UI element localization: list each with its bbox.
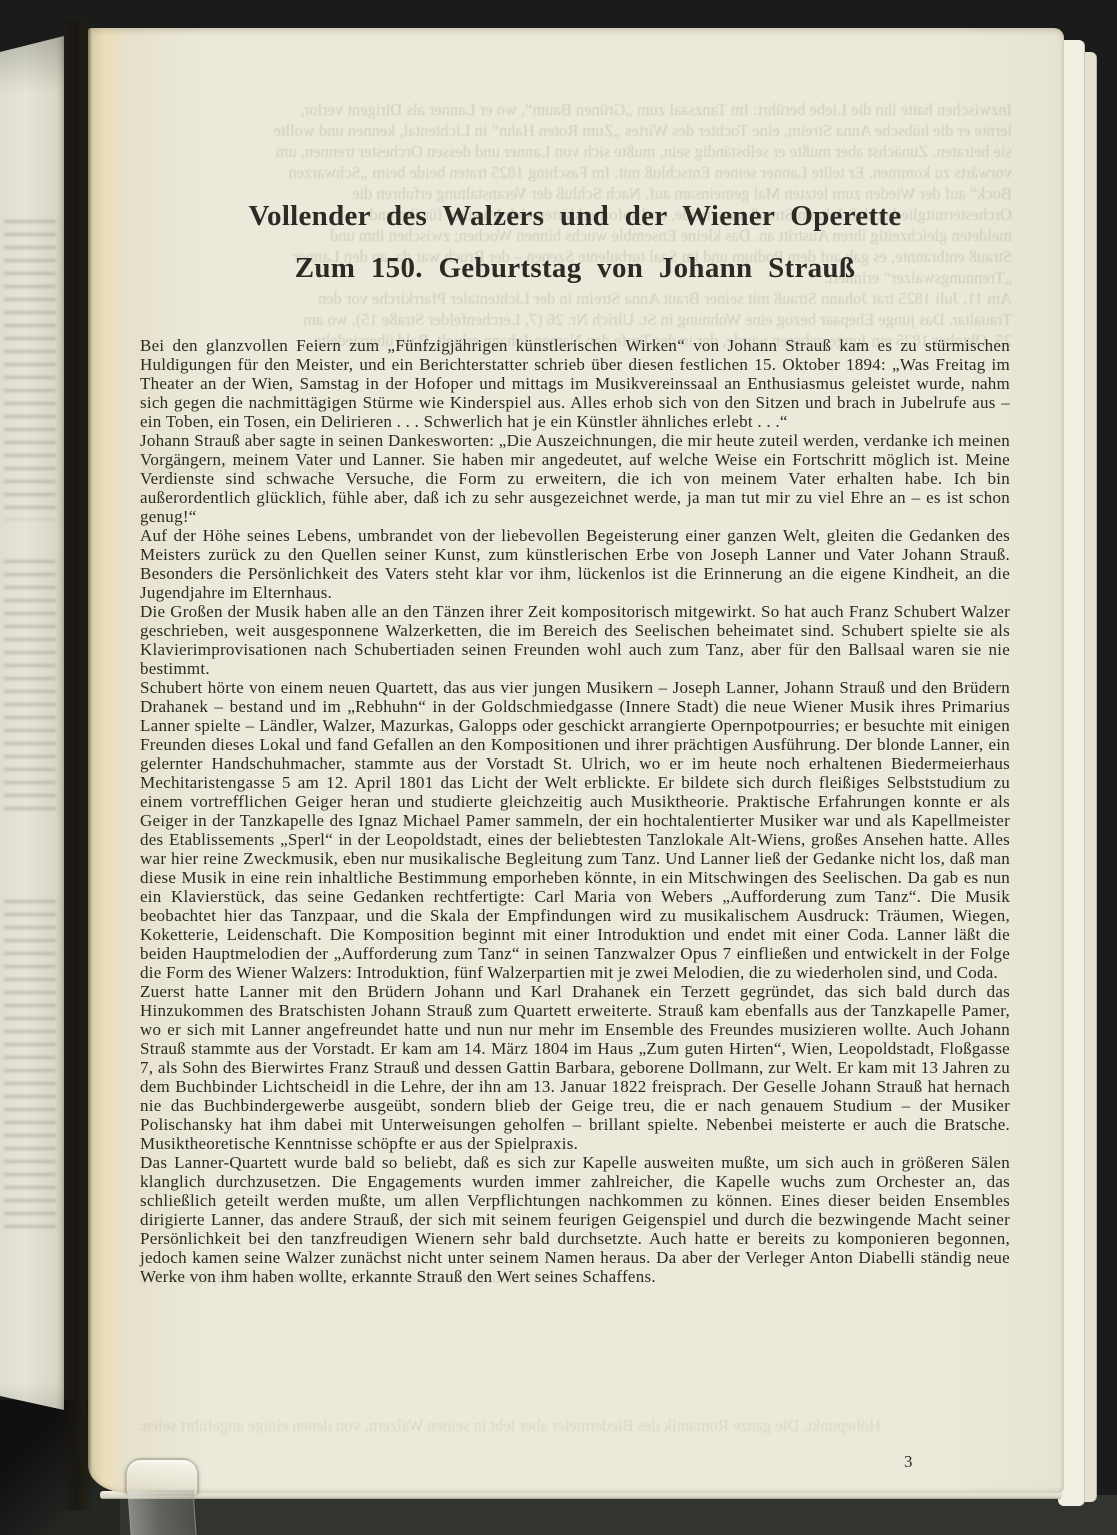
- book-page: Inzwischen hatte ihn die Liebe berührt: …: [88, 28, 1064, 1493]
- facing-page-text-ghost: [4, 900, 56, 1230]
- facing-page-text-ghost: [4, 220, 56, 520]
- page-holder-clip: [123, 1458, 199, 1535]
- facing-page-edge: [0, 0, 64, 1535]
- paragraph: Zuerst hatte Lanner mit den Brüdern Joha…: [140, 982, 1010, 1153]
- page-holder-stem: [127, 1490, 196, 1535]
- paragraph: Bei den glanzvollen Feiern zum „Fünfzigj…: [140, 336, 1010, 431]
- page-number: 3: [904, 1452, 913, 1472]
- article-title: Vollender des Walzers und der Wiener Ope…: [138, 200, 1012, 233]
- paragraph: Auf der Höhe seines Lebens, umbrandet vo…: [140, 526, 1010, 602]
- paragraph: Johann Strauß aber sagte in seinen Danke…: [140, 431, 1010, 526]
- paragraph: Das Lanner-Quartett wurde bald so belieb…: [140, 1153, 1010, 1286]
- scanned-book-photo: Inzwischen hatte ihn die Liebe berührt: …: [0, 0, 1117, 1535]
- paragraph: Schubert hörte von einem neuen Quartett,…: [140, 678, 1010, 982]
- gutter-shadow: [62, 20, 92, 1510]
- article-body: Bei den glanzvollen Feiern zum „Fünfzigj…: [140, 336, 1010, 1286]
- page-holder-head: [125, 1458, 199, 1494]
- facing-page-text-ghost: [4, 560, 56, 820]
- page-content: Vollender des Walzers und der Wiener Ope…: [88, 28, 1064, 1493]
- article-subtitle: Zum 150. Geburtstag von Johann Strauß: [138, 252, 1012, 285]
- paragraph: Die Großen der Musik haben alle an den T…: [140, 602, 1010, 678]
